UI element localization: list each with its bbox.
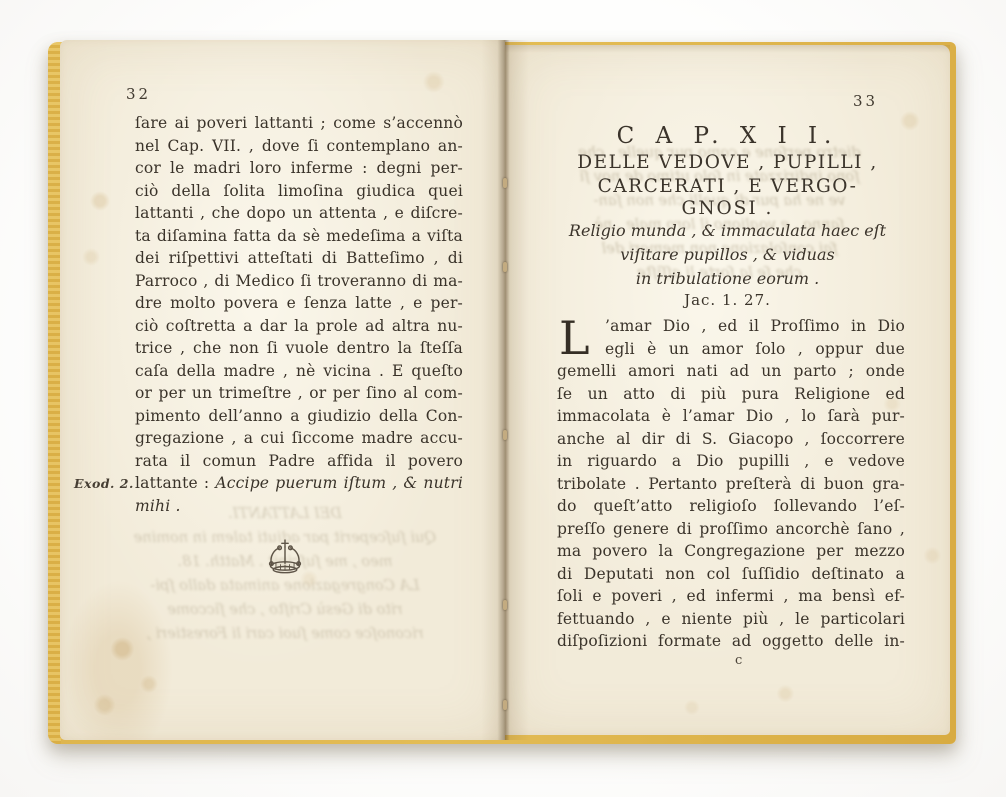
chapter-title-line: DELLE VEDOVE , PUPILLI ,: [545, 152, 910, 173]
signature-mark: c: [735, 653, 742, 668]
binding-stitch: [503, 262, 507, 272]
chapter-title-line: CARCERATI , E VERGO-: [545, 176, 910, 197]
text-line: ciò della ſolita limoſina giudica quei: [135, 180, 463, 203]
epigraph-line: in tribulatione eorum .: [545, 269, 910, 288]
drop-cap: L: [559, 316, 590, 360]
binding-stitch: [503, 700, 507, 710]
epigraph-line: viſitare pupillos , & viduas: [545, 245, 910, 264]
text-line: di Deputati non col ſuſſidio deſtinato a: [557, 563, 905, 586]
binding-stitch: [503, 430, 507, 440]
text-line: ’amar Dio , ed il Proſſimo in Dio: [557, 315, 905, 338]
text-line: pimento dell’anno a giudizio della Con-: [135, 405, 463, 428]
scripture-citation: Jac. 1. 27.: [545, 291, 910, 309]
text-line: Parroco , di Medico ſi troveranno di ma-: [135, 270, 463, 293]
binding-stitch: [503, 600, 507, 610]
epigraph-line: Religio munda , & immaculata haec eſt: [545, 221, 910, 240]
page-number-left: 32: [126, 85, 151, 103]
text-line: dei riſpettivi atteſtati di Batteſimo , …: [135, 247, 463, 270]
text-line: fettuando , e niente più , le particolar…: [557, 608, 905, 631]
text-line: preſſo genere di proſſimo ancorchè ſano …: [557, 518, 905, 541]
text-line: trice , che non ſi vuole dentro la ſteſſ…: [135, 337, 463, 360]
book-photo: DEI LATTANTI. Qui ſuſceperit par adiuti …: [48, 38, 956, 744]
text-line: in riguardo a Dio pupilli , e vedove: [557, 450, 905, 473]
text-line: ſoli e poveri , ed infermi , ma bensì ef…: [557, 585, 905, 608]
page-top-crease: [505, 45, 950, 53]
text-line: tribolate . Pertanto preſterà di buon gr…: [557, 473, 905, 496]
left-page: DEI LATTANTI. Qui ſuſceperit par adiuti …: [60, 40, 505, 740]
text-line: diſpoſizioni formate ad oggetto delle in…: [557, 630, 905, 653]
text-line: cor le madri loro inferme : degni per-: [135, 157, 463, 180]
text-line: anche al dir di S. Giacopo , ſoccorrere: [557, 428, 905, 451]
text-line: gregazione , a cui ſiccome madre accu-: [135, 427, 463, 450]
text-line: ſe un atto di più pura Religione ed: [557, 383, 905, 406]
text-line: do queſt’atto religioſo ſollevando l’eſ-: [557, 495, 905, 518]
text-line: lattanti , che dopo un attenta , e diſcr…: [135, 202, 463, 225]
crown-ornament: [256, 536, 314, 580]
text-line: caſa della madre , nè vicina . E queſto: [135, 360, 463, 383]
text-line: ta diſamina fatta da sè medeſima a viſta: [135, 225, 463, 248]
left-text-block: ſare ai poveri lattanti ; come s’accennò…: [135, 112, 463, 517]
text-latin-quote: Accipe puerum iſtum , & nutri: [215, 474, 463, 492]
ghost-line: rito di Gesù Criſto , che ſiccome: [130, 598, 440, 622]
chapter-heading: C A P. X I I.: [545, 123, 910, 149]
page-number-right: 33: [853, 92, 878, 110]
margin-note-exod: Exod. 2.: [74, 476, 134, 491]
text-line: mihi .: [135, 495, 463, 518]
chapter-title-line: GNOSI .: [545, 198, 910, 219]
text-line: ciò coſtretta a dar la prole ad altra nu…: [135, 315, 463, 338]
text-roman: lattante :: [135, 474, 209, 492]
text-line: or per un trimeſtre , or per ſino al com…: [135, 382, 463, 405]
text-line: ſare ai poveri lattanti ; come s’accennò: [135, 112, 463, 135]
text-line: nel Cap. VII. , dove ſi contemplano an-: [135, 135, 463, 158]
ghost-line: riconoſce come ſuoi cari li Forestieri ,: [130, 622, 440, 646]
text-line: dre molto povera e ſenza latte , e per-: [135, 292, 463, 315]
right-text-block: L ’amar Dio , ed il Proſſimo in Dio egli…: [557, 315, 905, 653]
text-line: rata il comun Padre affida il povero: [135, 450, 463, 473]
text-line: immacolata è l’amar Dio , lo ſarà pur-: [557, 405, 905, 428]
text-line: ma povero la Congregazione per mezzo: [557, 540, 905, 563]
text-line-mixed: lattante : Accipe puerum iſtum , & nutri: [135, 472, 463, 495]
right-page: dietro perſone e como pur quelle , che ſ…: [505, 45, 950, 735]
text-line: egli è un amor ſolo , oppur due: [557, 338, 905, 361]
text-line: gemelli amori nati ad un parto ; onde: [557, 360, 905, 383]
binding-stitch: [503, 178, 507, 188]
